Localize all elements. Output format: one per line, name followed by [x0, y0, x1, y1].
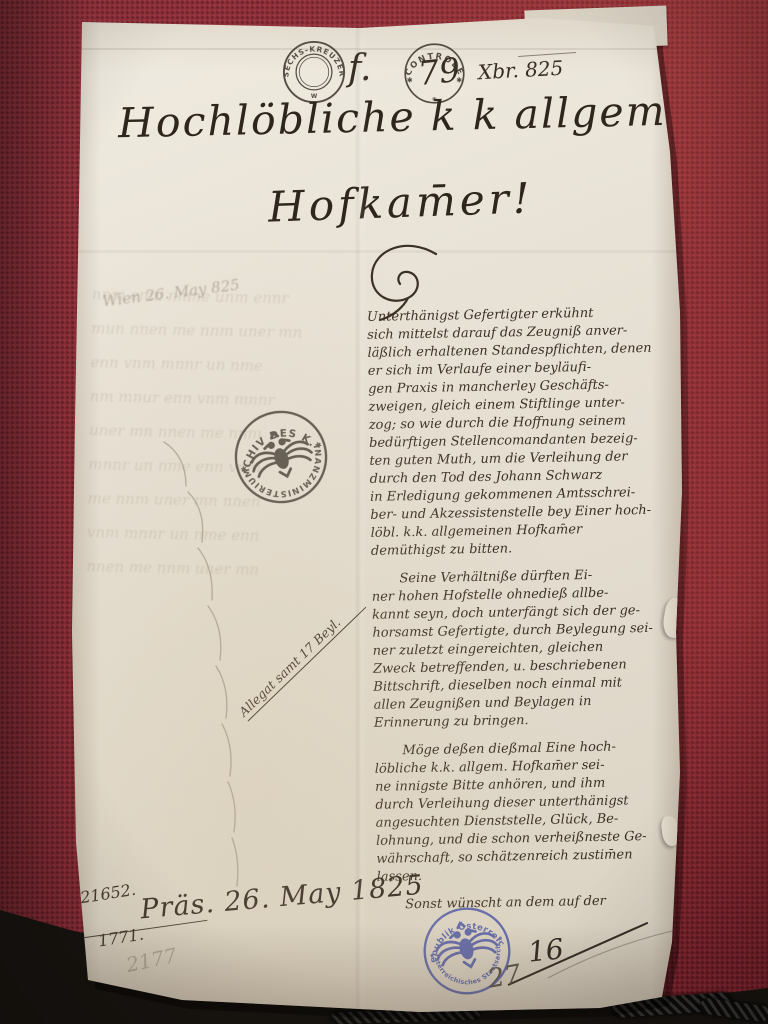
registry-number: 21652.	[79, 880, 137, 908]
document-page: nnm emu nmne unm ennr mun nnen me nnm un…	[70, 12, 682, 1014]
page-number: 27	[486, 959, 524, 994]
photo-scene: nnm emu nmne unm ennr mun nnen me nnm un…	[0, 0, 768, 1024]
top-fold-line	[70, 48, 682, 50]
document-title-line2: Hofkam̄er!	[267, 173, 534, 231]
ghost-line: enn vnm mnnr un nme	[90, 345, 369, 385]
paragraph: Seine Verhältniße dürften Ei- ner hohen …	[371, 565, 696, 733]
control-number: 79	[416, 50, 462, 93]
ghost-line: mun nnen me nnm uner mn	[91, 311, 370, 351]
registry-year: 1771.	[97, 925, 145, 951]
paragraph: Unterthänigst Gefertigter erkühnt sich m…	[367, 303, 693, 561]
ghost-line: nm mnur enn vnm mnnr	[89, 379, 368, 419]
star-icon: ★	[497, 935, 505, 943]
fee-note: Xbr. 825	[477, 56, 563, 84]
crossed-number: 16	[526, 932, 565, 969]
folio-mark: f.	[348, 48, 371, 89]
star-icon: ✱	[407, 76, 413, 85]
paragraph: Möge deßen dießmal Eine hoch- löbliche k…	[374, 737, 698, 887]
pencil-note: 2177	[124, 943, 179, 977]
fold-crease	[70, 250, 682, 253]
manuscript-body: Unterthänigst Gefertigter erkühnt sich m…	[367, 303, 700, 915]
